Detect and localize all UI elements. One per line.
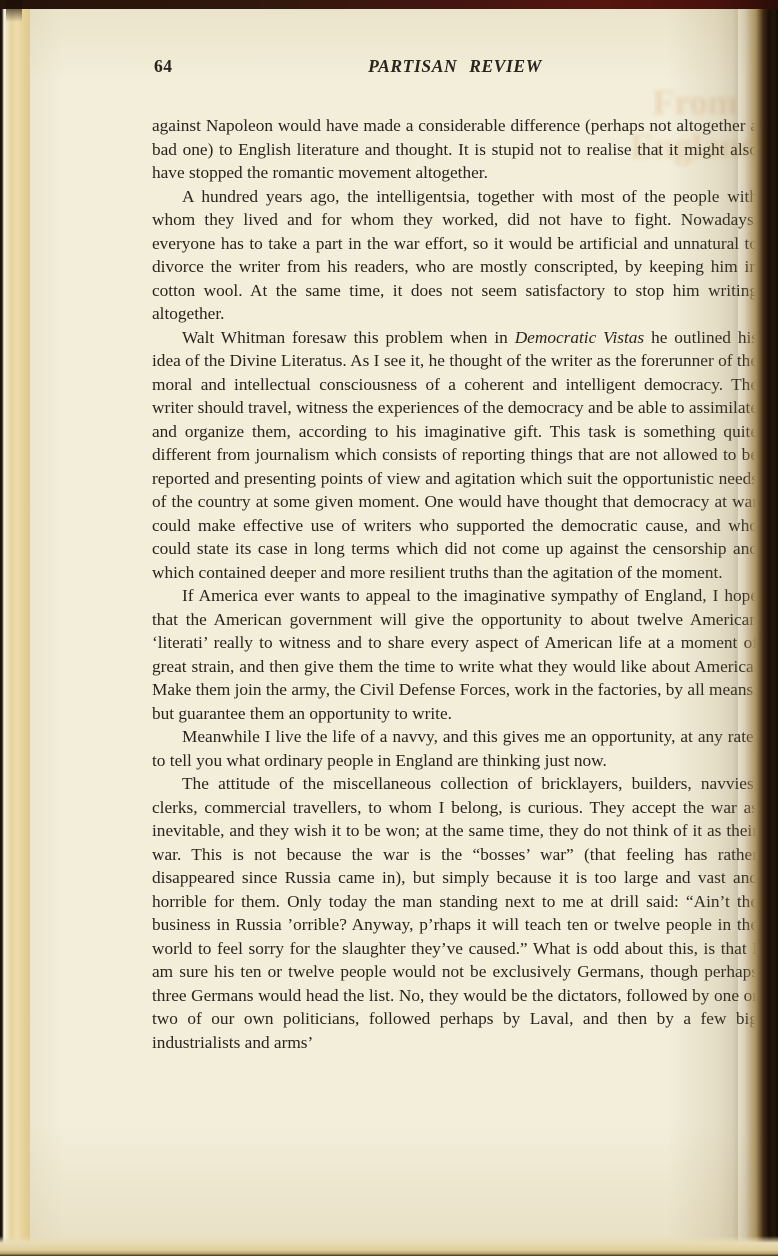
book-top-edge — [0, 0, 778, 9]
book-corner-shadow — [6, 0, 22, 22]
page-curl-shadow — [668, 0, 738, 1256]
book-photo: From England 64 PARTISAN REVIEW against … — [0, 0, 778, 1256]
book-left-fore-edge — [0, 0, 30, 1256]
book-right-edge — [732, 0, 778, 1256]
book-bottom-edge — [0, 1236, 778, 1256]
book-title-italic: Democratic Vistas — [515, 328, 644, 347]
book-page: From England 64 PARTISAN REVIEW against … — [26, 8, 778, 1246]
paragraph-text: Walt Whitman foresaw this problem when i… — [182, 328, 515, 347]
